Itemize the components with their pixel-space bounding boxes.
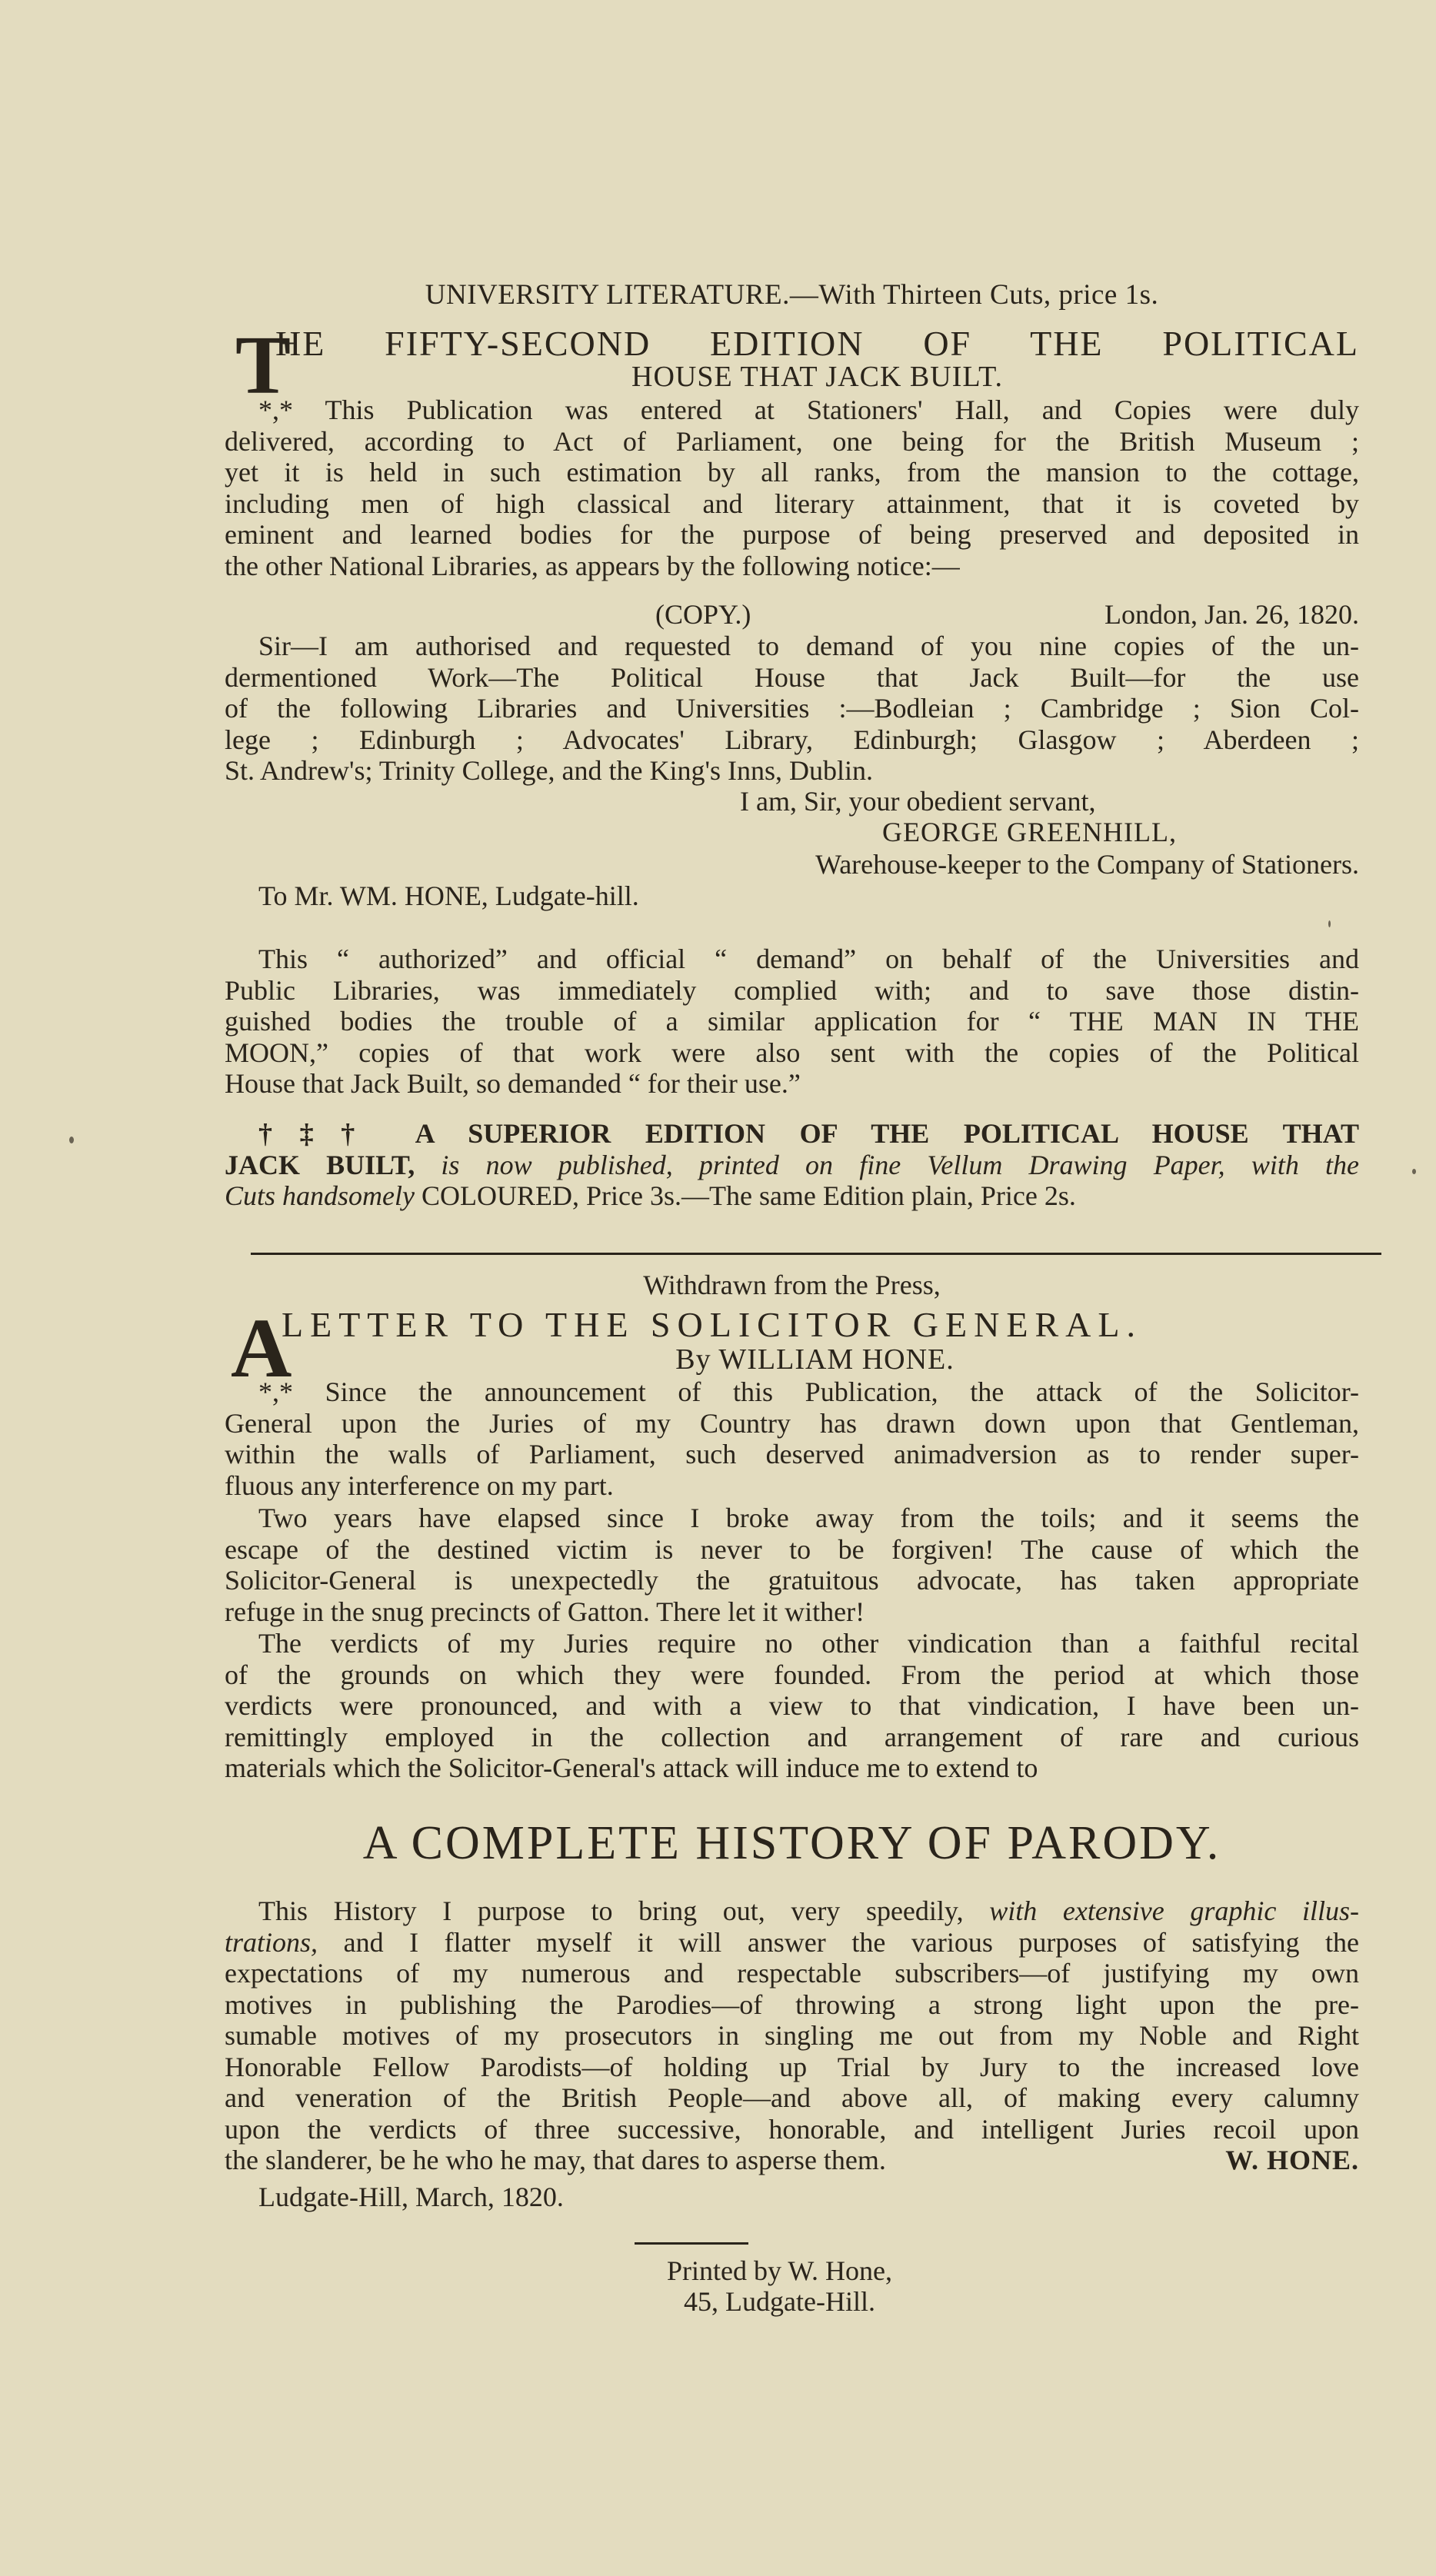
notice-line: including men of high classical and lite… <box>225 488 1359 520</box>
scan-speck <box>1412 1169 1416 1174</box>
paragraph-1: *,* Since the announcement of this Publi… <box>225 1376 1359 1501</box>
byline: By WILLIAM HONE. <box>271 1343 1359 1376</box>
para-line: and veneration of the British People—and… <box>225 2082 1359 2114</box>
notice-line: delivered, according to Act of Parliamen… <box>225 426 1359 458</box>
letter-closing: I am, Sir, your obedient servant, <box>740 786 1359 817</box>
para-line: escape of the destined victim is never t… <box>225 1534 1359 1566</box>
letter-line: of the following Libraries and Universit… <box>225 693 1359 724</box>
para-line: sumable motives of my prosecutors in sin… <box>225 2020 1359 2052</box>
letter-line: Sir—I am authorised and requested to dem… <box>225 631 1359 662</box>
superior-edition-notice: †‡† A SUPERIOR EDITION OF THE POLITICAL … <box>225 1118 1359 1212</box>
letter-signatory-title: Warehouse-keeper to the Company of Stati… <box>815 849 1359 880</box>
notice-paragraph: *,* This Publication was entered at Stat… <box>225 394 1359 581</box>
letter-addressee: To Mr. WM. HONE, Ludgate-hill. <box>258 880 1359 912</box>
para-line: General upon the Juries of my Country ha… <box>225 1408 1359 1439</box>
superior-description: is now published, printed on fine Vellum… <box>441 1150 1359 1180</box>
copy-label: (COPY.) <box>655 599 751 631</box>
para-last-line: the slanderer, be he who he may, that da… <box>225 2145 1359 2176</box>
para-line: Solicitor-General is unexpectedly the gr… <box>225 1565 1359 1596</box>
superior-price-text: COLOURED, Price 3s.—The same Edition pla… <box>421 1180 1076 1211</box>
letter-signatory: GEORGE GREENHILL, <box>882 817 1359 848</box>
para-line: expectations of my numerous and respecta… <box>225 1958 1359 1989</box>
copy-date: London, Jan. 26, 1820. <box>1104 599 1359 631</box>
notice-line: yet it is held in such estimation by all… <box>225 457 1359 488</box>
history-title: A COMPLETE HISTORY OF PARODY. <box>225 1816 1359 1871</box>
paragraph-3: The verdicts of my Juries require no oth… <box>225 1628 1359 1784</box>
superior-cuts-text: Cuts handsomely <box>225 1180 415 1211</box>
superior-line-1: †‡† A SUPERIOR EDITION OF THE POLITICAL … <box>225 1118 1359 1150</box>
para-line: remittingly employed in the collection a… <box>225 1722 1359 1753</box>
para-text: the slanderer, be he who he may, that da… <box>225 2145 886 2175</box>
superior-line-3: Cuts handsomely COLOURED, Price 3s.—The … <box>225 1180 1359 1212</box>
para-line: trations, and I flatter myself it will a… <box>225 1927 1359 1959</box>
section-divider <box>251 1253 1381 1255</box>
comment-line: guished bodies the trouble of a similar … <box>225 1006 1359 1037</box>
para-text: and I flatter myself it will answer the … <box>344 1927 1359 1958</box>
letter-line: dermentioned Work—The Political House th… <box>225 662 1359 694</box>
imprint-line-1: Printed by W. Hone, <box>200 2255 1359 2287</box>
para-line: *,* Since the announcement of this Publi… <box>225 1376 1359 1408</box>
para-line: This History I purpose to bring out, ver… <box>225 1895 1359 1927</box>
para-line: upon the verdicts of three successive, h… <box>225 2114 1359 2145</box>
comment-line: This “ authorized” and official “ demand… <box>225 944 1359 975</box>
para-line: verdicts were pronounced, and with a vie… <box>225 1690 1359 1722</box>
notice-line: the other National Libraries, as appears… <box>225 551 1359 582</box>
para-line: refuge in the snug precincts of Gatton. … <box>225 1596 1359 1628</box>
signature: W. HONE. <box>1225 2145 1359 2176</box>
notice-line: *,* This Publication was entered at Stat… <box>225 394 1359 426</box>
para-line: motives in publishing the Parodies—of th… <box>225 1989 1359 2021</box>
para-line: The verdicts of my Juries require no oth… <box>225 1628 1359 1659</box>
para-italic-text: with extensive graphic illus- <box>989 1895 1359 1926</box>
superior-line-2: JACK BUILT, is now published, printed on… <box>225 1150 1359 1181</box>
letter-title: LETTER TO THE SOLICITOR GENERAL. <box>282 1304 1359 1345</box>
imprint-divider <box>635 2242 748 2245</box>
letter-paragraph: Sir—I am authorised and requested to dem… <box>225 631 1359 787</box>
comment-line: House that Jack Built, so demanded “ for… <box>225 1068 1359 1100</box>
para-line: Two years have elapsed since I broke awa… <box>225 1503 1359 1534</box>
para-text: This History I purpose to bring out, ver… <box>258 1895 964 1926</box>
notice-line: eminent and learned bodies for the purpo… <box>225 519 1359 551</box>
para-italic-text: trations, <box>225 1927 318 1958</box>
scan-speck <box>69 1137 74 1143</box>
comment-paragraph: This “ authorized” and official “ demand… <box>225 944 1359 1100</box>
comment-line: Public Libraries, was immediately compli… <box>225 975 1359 1007</box>
para-line: fluous any interference on my part. <box>225 1470 1359 1502</box>
letter-line: lege ; Edinburgh ; Advocates' Library, E… <box>225 724 1359 756</box>
title-line-2: HOUSE THAT JACK BUILT. <box>275 360 1359 394</box>
imprint-line-2: 45, Ludgate-Hill. <box>200 2286 1359 2318</box>
preheader: Withdrawn from the Press, <box>225 1269 1359 1301</box>
paragraph-4: This History I purpose to bring out, ver… <box>225 1895 1359 2176</box>
comment-line: MOON,” copies of that work were also sen… <box>225 1037 1359 1069</box>
para-line: within the walls of Parliament, such des… <box>225 1439 1359 1470</box>
scan-speck <box>1328 920 1331 927</box>
letter-line: St. Andrew's; Trinity College, and the K… <box>225 755 1359 787</box>
dateline: Ludgate-Hill, March, 1820. <box>258 2182 1359 2213</box>
paragraph-2: Two years have elapsed since I broke awa… <box>225 1503 1359 1627</box>
para-line: Honorable Fellow Parodists—of holding up… <box>225 2052 1359 2083</box>
title-line-1: HE FIFTY-SECOND EDITION OF THE POLITICAL <box>275 323 1359 364</box>
para-line: of the grounds on which they were founde… <box>225 1659 1359 1691</box>
advert-header: UNIVERSITY LITERATURE.—With Thirteen Cut… <box>225 278 1359 311</box>
para-line: materials which the Solicitor-General's … <box>225 1752 1359 1784</box>
superior-title-tail: JACK BUILT, <box>225 1150 415 1180</box>
